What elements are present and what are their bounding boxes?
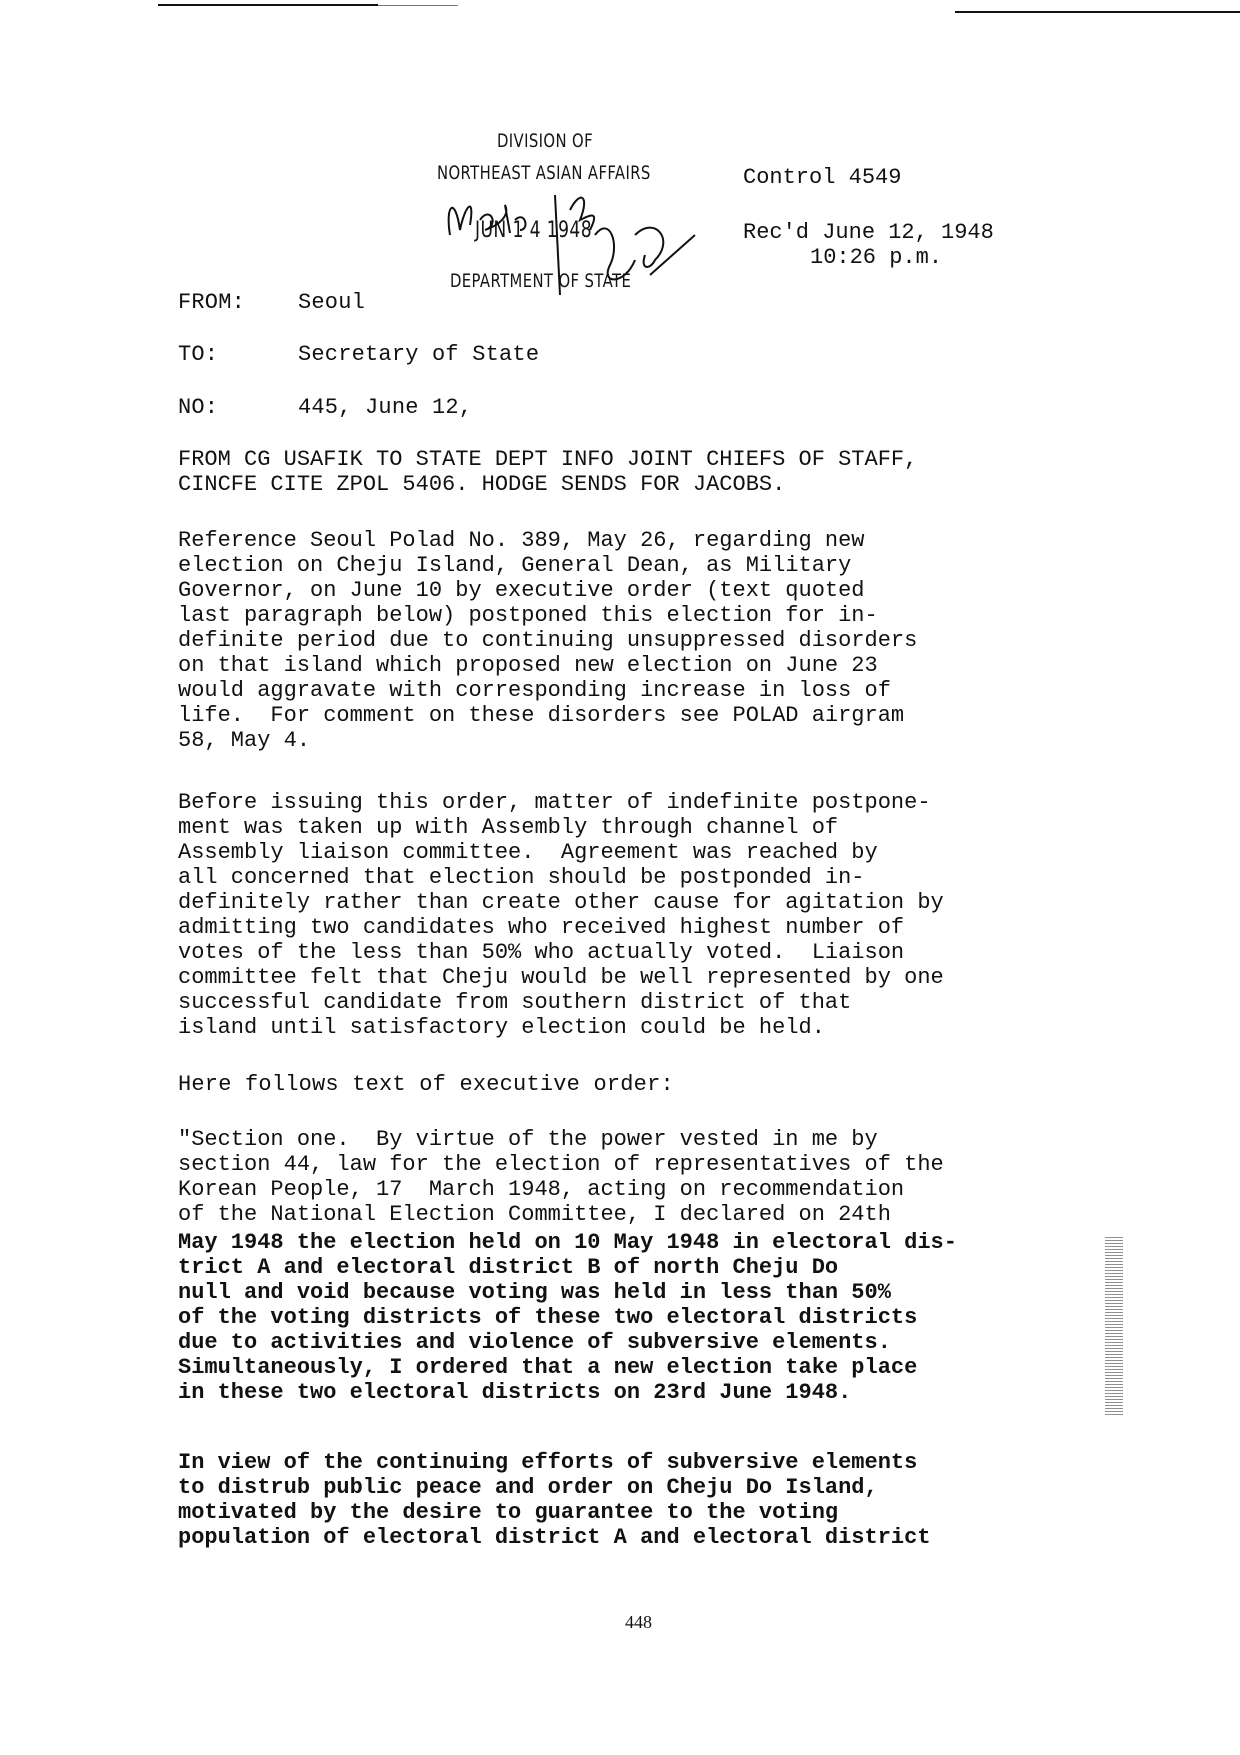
text-line: due to activities and violence of subver…	[178, 1330, 957, 1355]
text-line: of the voting districts of these two ele…	[178, 1305, 957, 1330]
paragraph-reference: Reference Seoul Polad No. 389, May 26, r…	[178, 528, 917, 753]
text-line: committee felt that Cheju would be well …	[178, 965, 944, 990]
handwritten-signature-icon	[440, 175, 700, 305]
text-line: Governor, on June 10 by executive order …	[178, 578, 917, 603]
text-line: life. For comment on these disorders see…	[178, 703, 917, 728]
text-line: on that island which proposed new electi…	[178, 653, 917, 678]
received-date: Rec'd June 12, 1948	[743, 220, 994, 245]
text-line: motivated by the desire to guarantee to …	[178, 1500, 931, 1525]
scan-border-left	[158, 4, 378, 6]
text-line: Simultaneously, I ordered that a new ele…	[178, 1355, 957, 1380]
preamble-line: FROM CG USAFIK TO STATE DEPT INFO JOINT …	[178, 447, 917, 472]
control-number: Control 4549	[743, 165, 901, 190]
text-line: would aggravate with corresponding incre…	[178, 678, 917, 703]
preamble: FROM CG USAFIK TO STATE DEPT INFO JOINT …	[178, 447, 917, 497]
paragraph-section-one-continued: May 1948 the election held on 10 May 194…	[178, 1230, 957, 1405]
text-line: all concerned that election should be po…	[178, 865, 944, 890]
from-value: Seoul	[298, 290, 365, 315]
text-line: Korean People, 17 March 1948, acting on …	[178, 1177, 944, 1202]
scan-noise	[1105, 1235, 1123, 1415]
paragraph-section-one: "Section one. By virtue of the power ves…	[178, 1127, 944, 1227]
text-line: 58, May 4.	[178, 728, 917, 753]
text-line: in these two electoral districts on 23rd…	[178, 1380, 957, 1405]
text-line: island until satisfactory election could…	[178, 1015, 944, 1040]
received-time: 10:26 p.m.	[810, 245, 942, 270]
text-line: Reference Seoul Polad No. 389, May 26, r…	[178, 528, 917, 553]
text-line: null and void because voting was held in…	[178, 1280, 957, 1305]
to-label: TO:	[178, 342, 218, 367]
text-line: definite period due to continuing unsupp…	[178, 628, 917, 653]
text-line: votes of the less than 50% who actually …	[178, 940, 944, 965]
text-line: trict A and electoral district B of nort…	[178, 1255, 957, 1280]
text-line: ment was taken up with Assembly through …	[178, 815, 944, 840]
scan-border-mid	[378, 5, 458, 6]
text-line: last paragraph below) postponed this ele…	[178, 603, 917, 628]
stamp-division: DIVISION OF	[497, 130, 593, 152]
paragraph-before-issuing: Before issuing this order, matter of ind…	[178, 790, 944, 1040]
text-line: Assembly liaison committee. Agreement wa…	[178, 840, 944, 865]
text-line: In view of the continuing efforts of sub…	[178, 1450, 931, 1475]
to-value: Secretary of State	[298, 342, 539, 367]
preamble-line: CINCFE CITE ZPOL 5406. HODGE SENDS FOR J…	[178, 472, 917, 497]
paragraph-in-view: In view of the continuing efforts of sub…	[178, 1450, 931, 1550]
no-label: NO:	[178, 395, 218, 420]
text-line: Before issuing this order, matter of ind…	[178, 790, 944, 815]
scan-border-right	[955, 11, 1240, 13]
text-line: definitely rather than create other caus…	[178, 890, 944, 915]
text-line: May 1948 the election held on 10 May 194…	[178, 1230, 957, 1255]
text-line: admitting two candidates who received hi…	[178, 915, 944, 940]
text-line: to distrub public peace and order on Che…	[178, 1475, 931, 1500]
text-line: of the National Election Committee, I de…	[178, 1202, 944, 1227]
text-line: population of electoral district A and e…	[178, 1525, 931, 1550]
text-line: "Section one. By virtue of the power ves…	[178, 1127, 944, 1152]
page-number: 448	[625, 1612, 652, 1633]
text-line: successful candidate from southern distr…	[178, 990, 944, 1015]
text-line: election on Cheju Island, General Dean, …	[178, 553, 917, 578]
from-label: FROM:	[178, 290, 245, 315]
paragraph-here-follows: Here follows text of executive order:	[178, 1072, 674, 1097]
no-value: 445, June 12,	[298, 395, 472, 420]
text-line: section 44, law for the election of repr…	[178, 1152, 944, 1177]
